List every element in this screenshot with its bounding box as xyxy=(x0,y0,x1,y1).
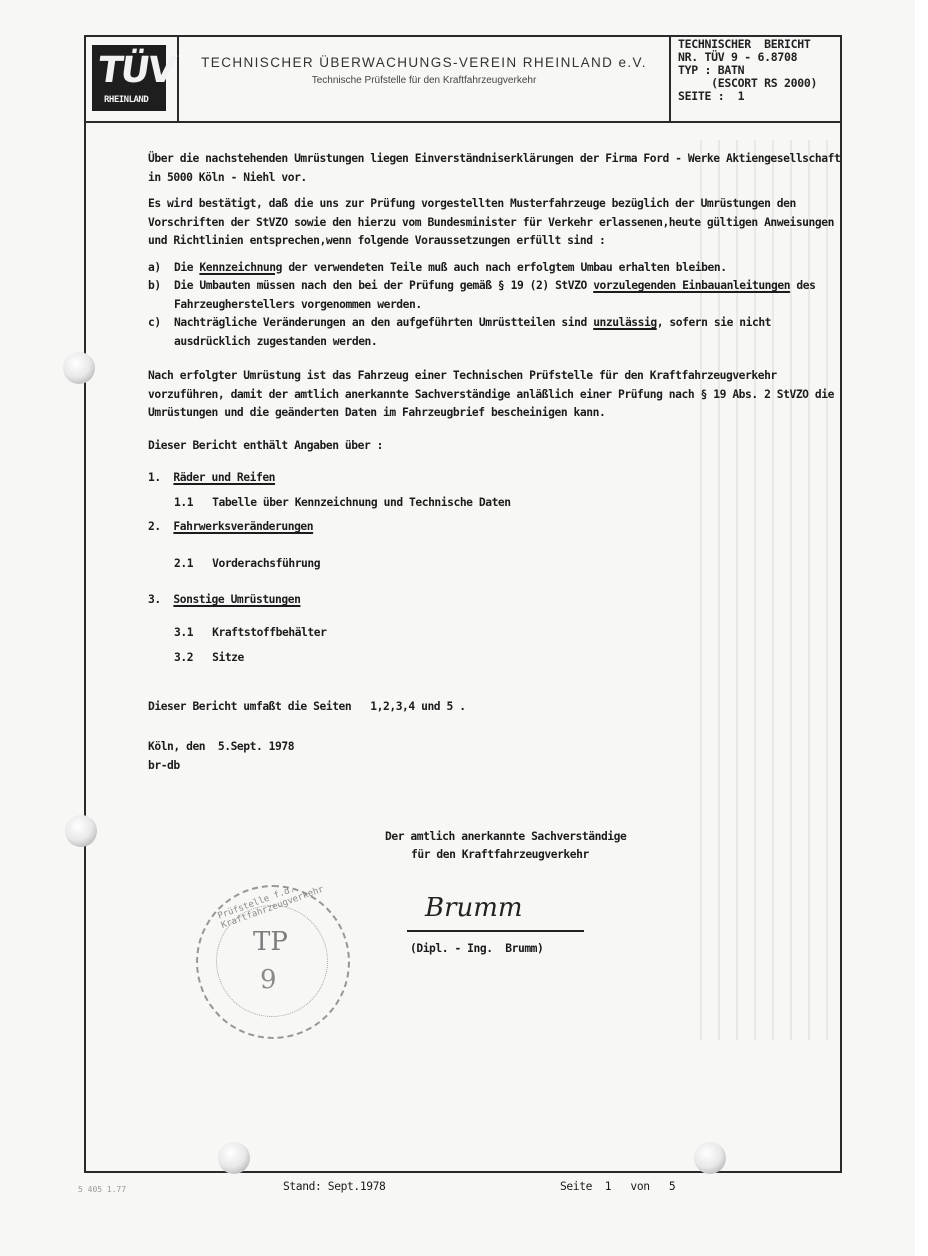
stamp-number: 9 xyxy=(260,965,277,995)
conditions-list: a) Die Kennzeichnung der verwendeten Tei… xyxy=(148,259,848,352)
department-name: Technische Prüfstelle für den Kraftfahrz… xyxy=(179,75,669,86)
toc-section: 3. Sonstige Umrüstungen xyxy=(148,591,848,610)
toc-subsection: 1.1 Tabelle über Kennzeichnung und Techn… xyxy=(174,494,848,513)
footer-stand: Stand: Sept.1978 xyxy=(283,1180,385,1193)
toc-section: 1. Räder und Reifen xyxy=(148,469,848,488)
official-stamp: Prüfstelle f.d. Kraftfahrzeugverkehr TP … xyxy=(196,885,350,1039)
organization-name: TECHNISCHER ÜBERWACHUNGS-VEREIN RHEINLAN… xyxy=(179,55,669,70)
toc-subsection: 3.2 Sitze xyxy=(174,649,848,668)
form-code: 5 405 1.77 xyxy=(78,1185,126,1194)
handwritten-signature: Brumm xyxy=(425,893,523,923)
tuv-logo: TÜV RHEINLAND xyxy=(92,45,166,111)
place-date: Köln, den 5.Sept. 1978 xyxy=(148,738,848,757)
punch-hole-icon xyxy=(63,352,95,384)
signature-role: Der amtlich anerkannte Sachverständige f… xyxy=(385,828,645,864)
initials: br-db xyxy=(148,757,848,776)
pages-note: Dieser Bericht umfaßt die Seiten 1,2,3,4… xyxy=(148,698,848,717)
document-header: TÜV RHEINLAND TECHNISCHER ÜBERWACHUNGS-V… xyxy=(84,35,842,123)
intro-paragraph: Über die nachstehenden Umrüstungen liege… xyxy=(148,150,848,187)
toc-subsection: 2.1 Vorderachsführung xyxy=(174,555,848,574)
confirmation-paragraph: Es wird bestätigt, daß die uns zur Prüfu… xyxy=(148,195,848,251)
report-info: TECHNISCHER BERICHT NR. TÜV 9 - 6.8708 T… xyxy=(674,36,840,120)
signature-line xyxy=(407,930,584,932)
stamp-center-text: TP xyxy=(253,927,288,957)
scan-edge xyxy=(915,0,928,1256)
underlined-term: unzulässig xyxy=(593,316,657,329)
signer-name: (Dipl. - Ing. Brumm) xyxy=(410,942,543,955)
punch-hole-icon xyxy=(218,1142,250,1174)
footer-page-number: Seite 1 von 5 xyxy=(560,1180,675,1193)
toc-subsection: 3.1 Kraftstoffbehälter xyxy=(174,624,848,643)
logo-text: TÜV xyxy=(95,51,176,91)
document-body: Über die nachstehenden Umrüstungen liege… xyxy=(148,150,848,775)
condition-item: b) Die Umbauten müssen nach den bei der … xyxy=(148,277,848,314)
organization-cell: TECHNISCHER ÜBERWACHUNGS-VEREIN RHEINLAN… xyxy=(179,35,671,121)
contents-intro: Dieser Bericht enthält Angaben über : xyxy=(148,437,848,456)
after-conversion-paragraph: Nach erfolgter Umrüstung ist das Fahrzeu… xyxy=(148,367,848,423)
underlined-term: vorzulegenden Einbauanleitungen xyxy=(593,279,790,292)
logo-cell: TÜV RHEINLAND xyxy=(84,35,179,121)
toc-section: 2. Fahrwerksveränderungen xyxy=(148,518,848,537)
punch-hole-icon xyxy=(694,1142,726,1174)
condition-item: c) Nachträgliche Veränderungen an den au… xyxy=(148,314,848,351)
underlined-term: Kennzeichnung xyxy=(199,261,282,274)
report-page: SEITE : 1 xyxy=(678,90,840,103)
table-of-contents: 1. Räder und Reifen 1.1 Tabelle über Ken… xyxy=(148,469,848,668)
condition-item: a) Die Kennzeichnung der verwendeten Tei… xyxy=(148,259,848,278)
logo-subtext: RHEINLAND xyxy=(104,95,148,105)
punch-hole-icon xyxy=(65,815,97,847)
